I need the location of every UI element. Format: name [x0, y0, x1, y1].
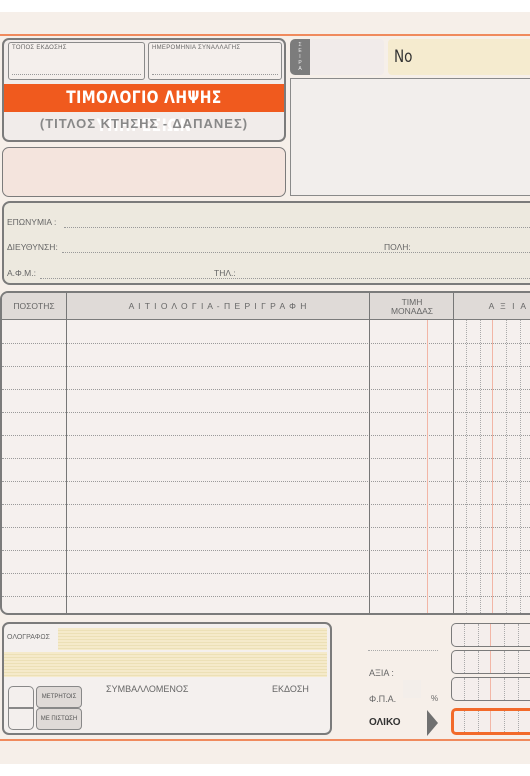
table-row[interactable] [2, 550, 530, 551]
address-label: ΔΙΕΥΘΥΝΣΗ: [7, 242, 58, 252]
subtotal-line [368, 650, 438, 651]
column-divider [453, 293, 454, 613]
table-row[interactable] [2, 596, 530, 597]
total-label: ΟΛΙΚΟ [369, 717, 401, 728]
column-header-unit-price: ΤΙΜΗ ΜΟΝΑΔΑΣ [370, 293, 454, 320]
stamp-area[interactable] [290, 78, 530, 196]
column-divider [369, 293, 370, 613]
items-table: ΠΟΣΟΤΗΣ Α Ι Τ Ι Ο Λ Ο Γ Ι Α - Π Ε Ρ Ι Γ … [0, 291, 530, 615]
place-of-issue-label: ΤΟΠΟΣ ΕΚΔΟΣΗΣ [12, 45, 67, 51]
vat-number-label: Α.Φ.Μ.: [7, 268, 36, 278]
series-label: ΣΕΙΡΑ [290, 42, 310, 72]
decimal-guide [492, 320, 493, 613]
table-header: ΠΟΣΟΤΗΣ Α Ι Τ Ι Ο Λ Ο Γ Ι Α - Π Ε Ρ Ι Γ … [2, 293, 530, 320]
vat-label: Φ.Π.Α. [369, 694, 396, 704]
document-subtitle: (ΤΙΤΛΟΣ ΚΤΗΣΗΣ - ΔΑΠΑΝΕΣ) [4, 116, 284, 131]
table-row[interactable] [2, 527, 530, 528]
customer-info-box: ΕΠΩΝΥΜΙΑ : ΔΙΕΥΘΥΝΣΗ: ΠΟΛΗ: Α.Φ.Μ.: ΤΗΛ.… [2, 201, 530, 285]
table-row[interactable] [2, 389, 530, 390]
table-row[interactable] [2, 435, 530, 436]
table-row[interactable] [2, 481, 530, 482]
document-title-band: ΤΙΜΟΛΟΓΙΟ ΛΗΨΗΣ ΥΠΗΡΕΣΙΩΝ [4, 84, 284, 112]
table-row[interactable] [2, 366, 530, 367]
table-row[interactable] [2, 343, 530, 344]
invoice-number-field[interactable]: No [388, 39, 530, 75]
credit-checkbox[interactable] [8, 708, 34, 730]
place-of-issue-field[interactable]: ΤΟΠΟΣ ΕΚΔΟΣΗΣ [8, 42, 145, 80]
decimal-guide [427, 320, 428, 613]
total-field[interactable] [451, 708, 530, 735]
in-words-label: ΟΛΟΓΡΑΦΩΣ [7, 634, 50, 641]
dotted-line [152, 74, 278, 75]
vat-number-field[interactable] [40, 278, 530, 279]
unit-price-line2: ΜΟΝΑΔΑΣ [391, 307, 433, 316]
digit-guide [480, 320, 481, 613]
value-label: ΑΞΙΑ : [369, 668, 394, 678]
series-field[interactable] [310, 39, 384, 75]
digit-guide [506, 320, 507, 613]
phone-label: ΤΗΛ.: [212, 268, 238, 278]
vat-amount-field[interactable] [451, 677, 530, 701]
address-field[interactable] [62, 252, 530, 253]
amount-in-words-box: ΟΛΟΓΡΑΦΩΣ ΜΕΤΡΗΤΟΙΣ ΜΕ ΠΙΣΤΩΣΗ ΣΥΜΒΑΛΛΟΜ… [2, 622, 332, 735]
bottom-rule [0, 739, 530, 741]
dotted-line [12, 74, 141, 75]
in-words-field-2[interactable] [4, 652, 327, 677]
issuer-info-box[interactable] [2, 147, 286, 197]
subtotal-field[interactable] [451, 623, 530, 647]
column-header-description: Α Ι Τ Ι Ο Λ Ο Γ Ι Α - Π Ε Ρ Ι Γ Ρ Α Φ Η [66, 293, 370, 320]
table-row[interactable] [2, 504, 530, 505]
column-header-quantity: ΠΟΣΟΤΗΣ [2, 293, 66, 320]
credit-label: ΜΕ ΠΙΣΤΩΣΗ [36, 708, 82, 730]
document-title: ΤΙΜΟΛΟΓΙΟ ΛΗΨΗΣ ΥΠΗΡΕΣΙΩΝ [29, 84, 259, 140]
cash-label: ΜΕΤΡΗΤΟΙΣ [36, 686, 82, 708]
table-row[interactable] [2, 573, 530, 574]
digit-guide [520, 320, 521, 613]
column-divider [66, 293, 67, 613]
issue-header-box: ΤΟΠΟΣ ΕΚΔΟΣΗΣ ΗΜΕΡΟΜΗΝΙΑ ΣΥΝΑΛΛΑΓΗΣ ΤΙΜΟ… [2, 38, 286, 142]
series-tag: ΣΕΙΡΑ [290, 39, 310, 75]
percent-sign: % [431, 694, 438, 703]
value-field[interactable] [451, 650, 530, 674]
arrow-right-icon [427, 710, 438, 736]
transaction-date-field[interactable]: ΗΜΕΡΟΜΗΝΙΑ ΣΥΝΑΛΛΑΓΗΣ [148, 42, 282, 80]
table-row[interactable] [2, 412, 530, 413]
vat-rate-field[interactable] [403, 680, 421, 698]
digit-guide [466, 320, 467, 613]
top-rule [0, 34, 530, 36]
invoice-number-label: No [394, 47, 413, 67]
contractor-signature-label: ΣΥΜΒΑΛΛΟΜΕΝΟΣ [106, 684, 188, 694]
in-words-field[interactable] [58, 628, 327, 650]
cash-checkbox[interactable] [8, 686, 34, 708]
column-header-value: Α Ξ Ι Α [454, 293, 530, 320]
name-field[interactable] [64, 227, 530, 228]
city-label: ΠΟΛΗ: [382, 242, 413, 252]
issuer-signature-label: ΕΚΔΟΣΗ [272, 684, 309, 694]
table-row[interactable] [2, 458, 530, 459]
transaction-date-label: ΗΜΕΡΟΜΗΝΙΑ ΣΥΝΑΛΛΑΓΗΣ [152, 45, 240, 51]
name-label: ΕΠΩΝΥΜΙΑ : [7, 217, 56, 227]
